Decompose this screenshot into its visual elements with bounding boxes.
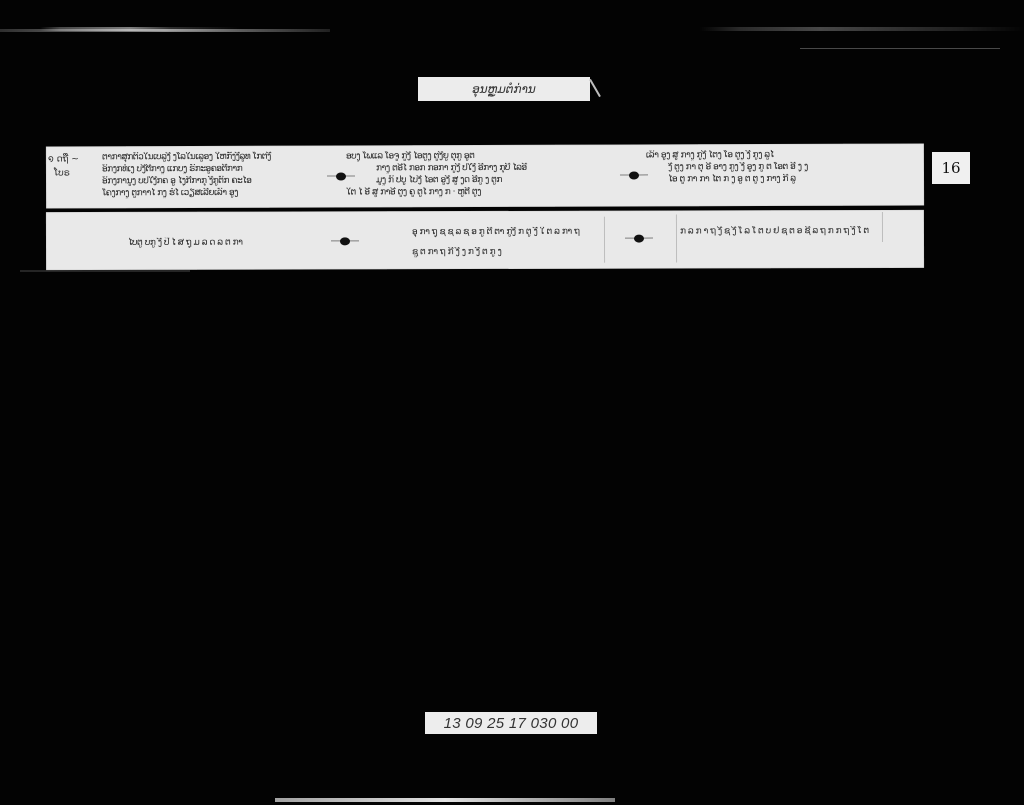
binding-hole-icon — [629, 171, 639, 179]
leaf1-col2-line4: ໃຕ ໄ ອີ ສູ ກາອີ ຕູງ ຄູ ຕູໄ ກາງູ ກ · ຫູຕີ… — [346, 187, 606, 198]
leaf-edge-shadow — [20, 270, 190, 272]
leaf1-col3-line2: ງີ ຕູງ ກາ ຕຸ ອີ ອາງ ກູງ ງີ ອູງ ກູ ຕ ໂອຕ … — [668, 162, 883, 173]
leaf1-col1-line2: ອົກງກທໍເງ ບງີຕີກາງູ ແກບງູ ຣົກະອູຄອຕີກາກ — [102, 164, 297, 175]
scan-noise-top — [0, 0, 1024, 40]
column-divider — [676, 214, 677, 262]
margin-note-line-2: ໂບຣ — [54, 168, 70, 179]
leaf1-col2-line1: ອບງຸ ໂພແລ ໂອຈູ ກູງີ ໄອຕູງູ ຕູງີຍູ ຕຸກູ ອ… — [346, 150, 646, 161]
leaf1-col1-line1: ຕາກາສຸກຕົວໃນເບລູງີ ງໂລໃນເລູອງ ໃຫກັງງີລູທ… — [102, 151, 342, 162]
scan-artifact-top — [0, 29, 330, 32]
leaf2-col2-line1: ອຸ ກາ ຖຸ ຊ ຊ ລ ຊ ອ ກູ ຕີ ຕາ ກູງີ ກ ຕູ ງີ… — [412, 227, 622, 238]
leaf1-col2-line3: ມູງູ ກົ ປບູ ໄບງີ ໄອຕ ອູງີ ສູ ງູດ ອີກູ ງ … — [376, 175, 616, 186]
leaf1-col2-line2: ກາງູ ຕອີໄ ກອກ ກອກາ ກູງີ ປໃງີ ອີກາງ ກຸບີ … — [376, 163, 616, 174]
archive-id-strip: 13 09 25 17 030 00 — [425, 712, 597, 734]
binding-hole-icon — [340, 237, 350, 245]
leaf2-col1-line1: ໄບຕູ ບກູ ງີ ປີ ໄ ສ ຖຸ ມ ລ ດ ລ ຕ ກາ — [128, 238, 258, 248]
manuscript-leaf-2: ໄບຕູ ບກູ ງີ ປີ ໄ ສ ຖຸ ມ ລ ດ ລ ຕ ກາ ອຸ ກາ… — [46, 210, 924, 270]
binding-hole-icon — [634, 235, 644, 243]
folio-number: 16 — [932, 152, 970, 184]
leaf1-col1-line4: ໂຄງກາງູ ຕູກາາໄ ກງູ ຮໍໄ ເວຽສເລີຍເລົາ ອູງ — [102, 187, 342, 198]
column-divider — [604, 217, 605, 263]
manuscript-leaf-1: ໑ ດຖື ~ ໂບຣ ຕາກາສຸກຕົວໃນເບລູງີ ງໂລໃນເລູອ… — [46, 143, 924, 208]
leaf2-col2-line2: ຊູ ຕ ກາ ຖ ກີ ງີ ງ ກ ງີ ຕ ກູ ງ — [412, 247, 532, 257]
label-tick-mark — [589, 79, 601, 97]
scan-artifact-bottom — [275, 798, 615, 802]
header-label: ອຸນຫຼູມຕໍກ່ານ — [418, 77, 590, 101]
scan-artifact-top-right — [800, 48, 1000, 49]
leaf2-col3-line1: ກ ລ ກ າ ຖ ງີ ຊ ງີ ໂ ລ ໂ ຕ ບ ຢ ຊ ຕ ອ ຊີ ລ… — [680, 226, 880, 237]
column-divider — [882, 212, 883, 242]
margin-note-line-1: ໑ ດຖື ~ — [48, 154, 79, 165]
leaf1-col3-line3: ໄອ ຕູ ກາ ກາ ໄຕ ກ ງູ ອູ ຕ ຕູ ງ ກາງ ກີ ລູ — [668, 174, 883, 185]
binding-hole-icon — [336, 172, 346, 180]
leaf1-col1-line3: ອົກງການູງ ບປໃງີກຄ ອູ ໄງຸກີກາກຸ ງີກູຕົກ ຄ… — [102, 176, 297, 187]
leaf1-col3-line1: ເລົາ ອູງ ສູ ກາງູ ກູງີ ໄຕງ ໂອ ຕູງູ ງີ ກູງ… — [646, 150, 886, 161]
